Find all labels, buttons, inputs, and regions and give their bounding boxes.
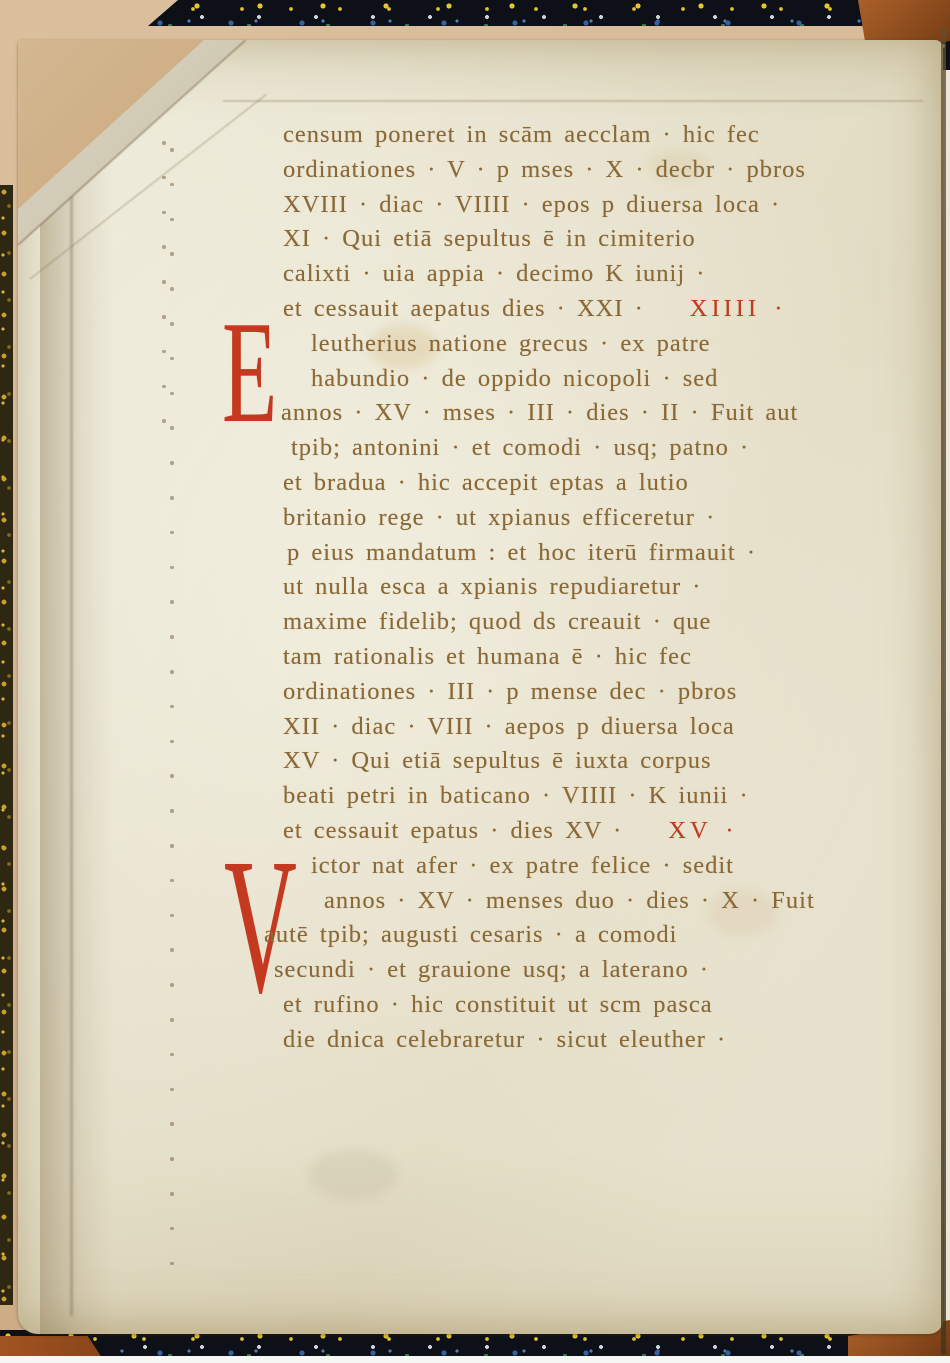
manuscript-line: tam rationalis et humana ē · hic fec — [283, 640, 903, 675]
line-text: calixti · uia appia · decimo K iunij · — [283, 260, 705, 287]
line-text: annos · XV · mses · III · dies · II · Fu… — [281, 399, 798, 426]
prick-hole — [170, 948, 174, 952]
line-text: maxime fidelib; quod ds creauit · que — [283, 608, 711, 635]
manuscript-line: XV · Qui etiā sepultus ē iuxta corpus — [283, 744, 903, 779]
leather-corner-bottom-left — [0, 1336, 102, 1358]
manuscript-line: beati petri in baticano · VIIII · K iuni… — [283, 779, 903, 814]
prick-hole — [170, 183, 174, 187]
line-text: XV · Qui etiā sepultus ē iuxta corpus — [283, 747, 712, 774]
line-text: ordinationes · V · p mses · X · decbr · … — [283, 156, 806, 183]
marbled-endpaper-bottom — [0, 1330, 950, 1358]
manuscript-line: maxime fidelib; quod ds creauit · que — [283, 605, 903, 640]
prick-hole — [162, 419, 166, 423]
prick-hole — [162, 385, 166, 389]
line-text: habundio · de oppido nicopoli · sed — [311, 365, 718, 392]
prick-hole — [170, 392, 174, 396]
prick-hole — [170, 252, 174, 256]
manuscript-line: britanio rege · ut xpianus efficeretur · — [283, 501, 903, 536]
rubric-numeral: XIIII · — [690, 295, 787, 322]
line-text: ictor nat afer · ex patre felice · sedit — [311, 852, 734, 879]
prick-hole — [170, 774, 174, 778]
prick-hole — [170, 1192, 174, 1196]
manuscript-line: censum poneret in scām aecclam · hic fec — [283, 118, 903, 153]
line-text: tam rationalis et humana ē · hic fec — [283, 643, 692, 670]
manuscript-line: et cessauit aepatus dies · XXI ·XIIII · — [283, 292, 903, 327]
parchment-page: E V censum poneret in scām aecclam · hic… — [18, 40, 943, 1334]
manuscript-line: ut nulla esca a xpianis repudiaretur · — [283, 570, 903, 605]
prick-hole — [170, 705, 174, 709]
manuscript-line: p eius mandatum : et hoc iterū firmauit … — [287, 536, 903, 571]
prick-hole — [170, 357, 174, 361]
manuscript-photo: E V censum poneret in scām aecclam · hic… — [0, 0, 950, 1363]
manuscript-line: leutherius natione grecus · ex patre — [311, 327, 903, 362]
prick-hole — [162, 315, 166, 319]
prick-hole — [170, 1018, 174, 1022]
prick-hole — [162, 280, 166, 284]
manuscript-line: et bradua · hic accepit eptas a lutio — [283, 466, 903, 501]
manuscript-line: annos · XV · mses · III · dies · II · Fu… — [281, 396, 903, 431]
line-text: et rufino · hic constituit ut scm pasca — [283, 991, 713, 1018]
line-text: ordinationes · III · p mense dec · pbros — [283, 678, 737, 705]
prick-hole — [170, 287, 174, 291]
prick-hole — [170, 879, 174, 883]
prick-hole — [170, 218, 174, 222]
manuscript-line: XVIII · diac · VIIII · epos p diuersa lo… — [283, 188, 903, 223]
line-text: censum poneret in scām aecclam · hic fec — [283, 121, 760, 148]
prick-hole — [170, 531, 174, 535]
manuscript-line: habundio · de oppido nicopoli · sed — [311, 362, 903, 397]
manuscript-line: secundi · et grauione usq; a laterano · — [274, 953, 903, 988]
prick-hole — [170, 1088, 174, 1092]
manuscript-line: XII · diac · VIII · aepos p diuersa loca — [283, 710, 903, 745]
rubricated-initial-E: E — [222, 316, 277, 430]
line-text: XII · diac · VIII · aepos p diuersa loca — [283, 713, 735, 740]
prick-hole — [170, 322, 174, 326]
prick-hole — [170, 1122, 174, 1126]
line-text: annos · XV · menses duo · dies · X · Fui… — [324, 887, 815, 914]
line-text: tpib; antonini · et comodi · usq; patno … — [291, 434, 749, 461]
prick-hole — [170, 844, 174, 848]
prick-hole — [162, 211, 166, 215]
line-text: beati petri in baticano · VIIII · K iuni… — [283, 782, 749, 809]
line-text: XI · Qui etiā sepultus ē in cimiterio — [283, 225, 696, 252]
manuscript-line: calixti · uia appia · decimo K iunij · — [283, 257, 903, 292]
prick-hole — [170, 983, 174, 987]
line-text: XVIII · diac · VIIII · epos p diuersa lo… — [283, 191, 780, 218]
prick-hole — [170, 496, 174, 500]
manuscript-line: autē tpib; augusti cesaris · a comodi — [264, 918, 903, 953]
manuscript-line: annos · XV · menses duo · dies · X · Fui… — [324, 884, 903, 919]
prick-hole — [170, 914, 174, 918]
manuscript-line: XI · Qui etiā sepultus ē in cimiterio — [283, 222, 903, 257]
line-text: britanio rege · ut xpianus efficeretur · — [283, 504, 715, 531]
manuscript-line: tpib; antonini · et comodi · usq; patno … — [291, 431, 903, 466]
prick-hole — [162, 350, 166, 354]
manuscript-line: et rufino · hic constituit ut scm pasca — [283, 988, 903, 1023]
line-text: autē tpib; augusti cesaris · a comodi — [264, 921, 677, 948]
prick-hole — [170, 635, 174, 639]
manuscript-line: ictor nat afer · ex patre felice · sedit — [311, 849, 903, 884]
prick-hole — [170, 461, 174, 465]
manuscript-line: ordinationes · V · p mses · X · decbr · … — [283, 153, 903, 188]
rubric-numeral: XV · — [668, 817, 737, 844]
prick-hole — [170, 566, 174, 570]
prick-hole — [170, 1053, 174, 1057]
scan-edge-strip — [0, 1356, 950, 1363]
prick-hole — [162, 245, 166, 249]
manuscript-line: et cessauit epatus · dies XV ·XV · — [283, 814, 903, 849]
line-text: et cessauit aepatus dies · XXI · — [283, 295, 644, 322]
marbled-cover-left-sliver — [0, 185, 13, 1305]
line-text: leutherius natione grecus · ex patre — [311, 330, 711, 357]
text-block: censum poneret in scām aecclam · hic fec… — [283, 118, 903, 1058]
manuscript-line: ordinationes · III · p mense dec · pbros — [283, 675, 903, 710]
prick-hole — [170, 1227, 174, 1231]
page-right-edge-shadow — [941, 28, 946, 1354]
prick-hole — [162, 141, 166, 145]
line-text: secundi · et grauione usq; a laterano · — [274, 956, 709, 983]
line-text: ut nulla esca a xpianis repudiaretur · — [283, 573, 701, 600]
line-text: p eius mandatum : et hoc iterū firmauit … — [287, 539, 756, 566]
prick-hole — [162, 176, 166, 180]
manuscript-line: die dnica celebraretur · sicut eleuther … — [283, 1023, 903, 1058]
prick-hole — [170, 809, 174, 813]
prick-hole — [170, 1157, 174, 1161]
prick-hole — [170, 148, 174, 152]
prick-hole — [170, 1262, 174, 1266]
line-text: et cessauit epatus · dies XV · — [283, 817, 622, 844]
line-text: die dnica celebraretur · sicut eleuther … — [283, 1026, 726, 1053]
prick-hole — [170, 426, 174, 430]
line-text: et bradua · hic accepit eptas a lutio — [283, 469, 689, 496]
prick-hole — [170, 600, 174, 604]
prick-hole — [170, 670, 174, 674]
prick-hole — [170, 740, 174, 744]
